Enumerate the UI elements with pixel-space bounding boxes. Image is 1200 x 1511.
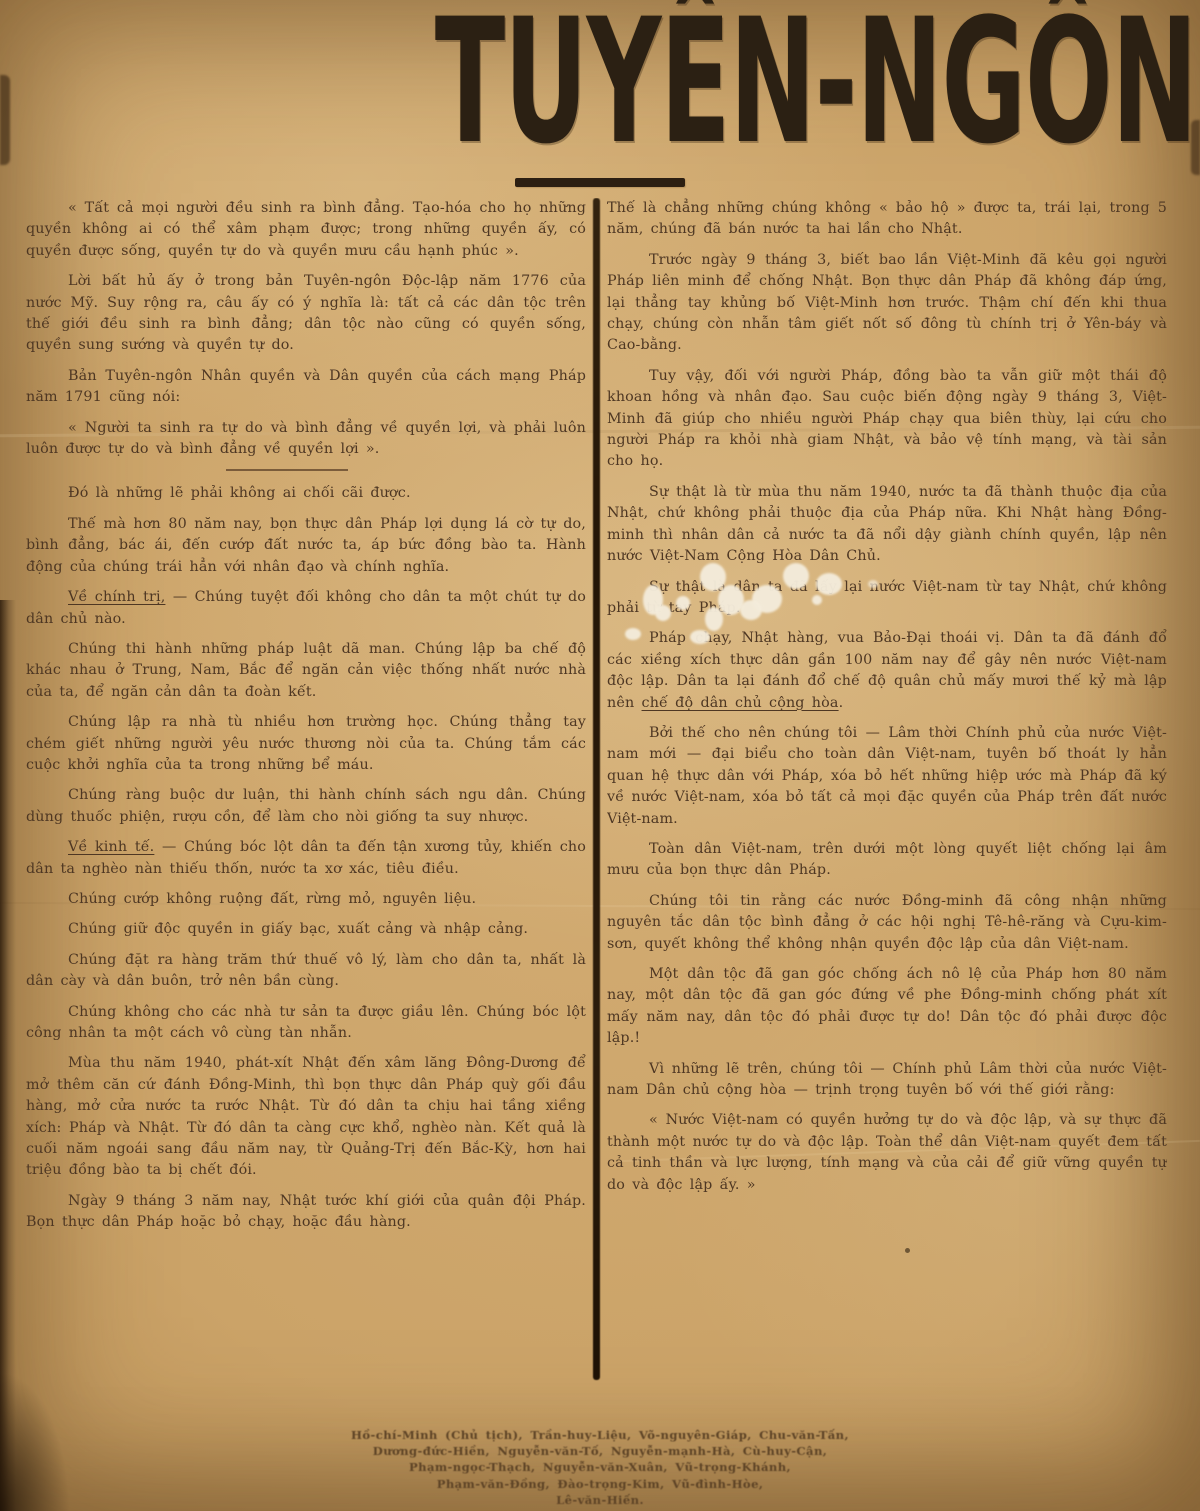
paragraph: Mùa thu năm 1940, phát-xít Nhật đến xâm …: [26, 1053, 586, 1181]
signature-line: Hồ-chí-Minh (Chủ tịch), Trần-huy-Liệu, V…: [0, 1427, 1200, 1443]
paper-damage-spot: [783, 563, 809, 589]
paragraph: Thế mà hơn 80 năm nay, bọn thực dân Pháp…: [26, 514, 586, 578]
paper-damage-spot: [812, 595, 822, 605]
paragraph: Một dân tộc đã gan góc chống ách nô lệ c…: [607, 964, 1167, 1050]
paragraph: Chúng không cho các nhà tư sản ta được g…: [26, 1002, 586, 1045]
paragraph: « Người ta sinh ra tự do và bình đẳng về…: [26, 418, 586, 461]
paragraph: Chúng ràng buộc dư luận, thi hành chính …: [26, 785, 586, 828]
underlined-phrase: Về chính trị,: [68, 589, 165, 605]
paragraph: Sự thật là dân ta đã lấy lại nước Việt-n…: [607, 577, 1167, 620]
paragraph: Ngày 9 tháng 3 năm nay, Nhật tước khí gi…: [26, 1191, 586, 1234]
paragraph: Chúng cướp không ruộng đất, rừng mỏ, ngu…: [26, 889, 586, 910]
signature-line: Dương-đức-Hiền, Nguyễn-văn-Tố, Nguyễn-mạ…: [0, 1443, 1200, 1459]
paper-damage-spot: [655, 605, 671, 621]
signature-line: Phạm-văn-Đồng, Đào-trọng-Kim, Vũ-đình-Hò…: [0, 1476, 1200, 1492]
paragraph: Chúng thi hành những pháp luật dã man. C…: [26, 639, 586, 703]
paragraph: « Tất cả mọi người đều sinh ra bình đẳng…: [26, 198, 586, 262]
paragraph: Chúng đặt ra hàng trăm thứ thuế vô lý, l…: [26, 950, 586, 993]
quote-separator-rule: [226, 469, 348, 471]
text-columns: « Tất cả mọi người đều sinh ra bình đẳng…: [26, 198, 1174, 1390]
paragraph: Trước ngày 9 tháng 3, biết bao lần Việt-…: [607, 250, 1167, 357]
right-column: Thế là chẳng những chúng không « bảo hộ …: [607, 198, 1167, 1390]
paragraph: Bởi thế cho nên chúng tôi — Lâm thời Chí…: [607, 723, 1167, 830]
paper-damage-spot: [676, 596, 690, 610]
paragraph: Về chính trị, — Chúng tuyệt đối không ch…: [26, 587, 586, 630]
paragraph: Bản Tuyên-ngôn Nhân quyền và Dân quyền c…: [26, 366, 586, 409]
title-wrap: TUYÊN-NGÔN ĐỘC-LẬP: [0, 0, 1200, 170]
paragraph: Vì những lẽ trên, chúng tôi — Chính phủ …: [607, 1059, 1167, 1102]
paragraph: Tuy vậy, đối với người Pháp, đồng bào ta…: [607, 366, 1167, 473]
paragraph: Lời bất hủ ấy ở trong bản Tuyên-ngôn Độc…: [26, 271, 586, 357]
left-column: « Tất cả mọi người đều sinh ra bình đẳng…: [26, 198, 586, 1390]
underlined-phrase: chế độ dân chủ cộng hòa: [642, 695, 839, 711]
signature-line: Phạm-ngọc-Thạch, Nguyễn-văn-Xuân, Vũ-trọ…: [0, 1459, 1200, 1475]
paragraph: Về kinh tế. — Chúng bóc lột dân ta đến t…: [26, 837, 586, 880]
signature-line: Lê-văn-Hiến.: [0, 1492, 1200, 1508]
page-title: TUYÊN-NGÔN ĐỘC-LẬP: [435, 0, 1200, 170]
paragraph: « Nước Việt-nam có quyền hưởng tự do và …: [607, 1110, 1167, 1196]
paper-damage-spot: [740, 600, 762, 620]
column-divider-rule: [593, 198, 600, 1380]
paper-damage-spot: [868, 580, 878, 588]
paper-damage-spot: [705, 607, 723, 631]
underlined-phrase: Về kinh tế.: [68, 839, 154, 855]
paragraph: Đó là những lẽ phải không ai chối cãi đư…: [26, 483, 586, 504]
paragraph: Chúng giữ độc quyền in giấy bạc, xuất cả…: [26, 919, 586, 940]
paragraph: Sự thật là từ mùa thu năm 1940, nước ta …: [607, 482, 1167, 568]
paragraph: Thế là chẳng những chúng không « bảo hộ …: [607, 198, 1167, 241]
declaration-poster: TUYÊN-NGÔN ĐỘC-LẬP « Tất cả mọi người đề…: [0, 0, 1200, 1511]
paragraph: Chúng tôi tin rằng các nước Đồng-minh đã…: [607, 891, 1167, 955]
paper-damage-spot: [625, 628, 641, 640]
paper-damage-spot: [816, 573, 842, 595]
paragraph: Toàn dân Việt-nam, trên dưới một lòng qu…: [607, 839, 1167, 882]
signature-block: Hồ-chí-Minh (Chủ tịch), Trần-huy-Liệu, V…: [0, 1427, 1200, 1508]
paper-damage-spot: [690, 630, 710, 644]
paragraph: Chúng lập ra nhà tù nhiều hơn trường học…: [26, 712, 586, 776]
title-underline-rule: [515, 178, 685, 187]
paper-damage-spot: [700, 563, 726, 591]
ink-speck: [905, 1248, 910, 1253]
